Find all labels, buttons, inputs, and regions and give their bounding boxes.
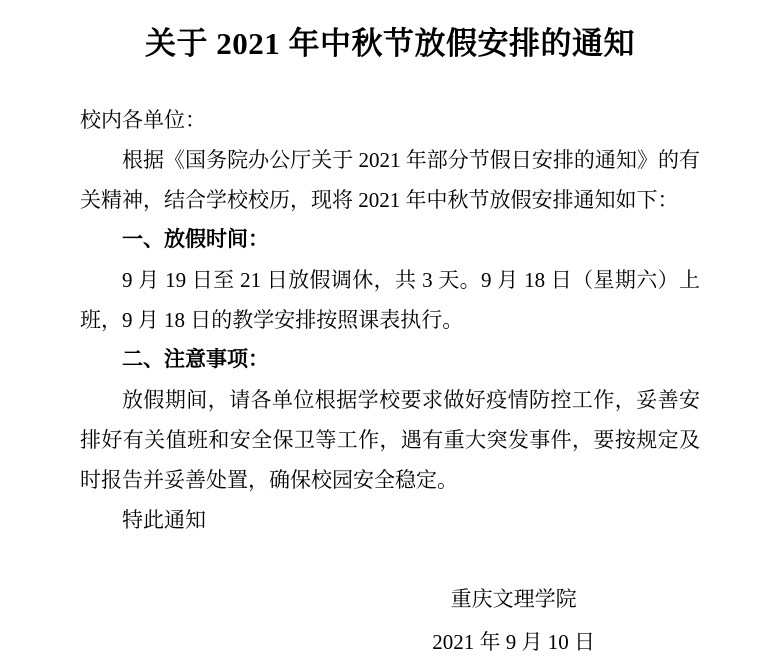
section-heading-holiday-time: 一、放假时间： <box>80 220 700 260</box>
body-paragraph: 放假期间，请各单位根据学校要求做好疫情防控工作，妥善安排好有关值班和安全保卫等工… <box>80 380 700 500</box>
salutation: 校内各单位： <box>80 100 700 140</box>
document-title: 关于 2021 年中秋节放假安排的通知 <box>80 22 700 66</box>
closing-phrase: 特此通知 <box>80 500 700 540</box>
signature-date: 2021 年 9 月 10 日 <box>432 621 595 664</box>
body-paragraph: 9 月 19 日至 21 日放假调休，共 3 天。9 月 18 日（星期六）上班… <box>80 260 700 340</box>
signature-block: 重庆文理学院 2021 年 9 月 10 日 <box>432 578 595 664</box>
body-paragraph: 根据《国务院办公厅关于 2021 年部分节假日安排的通知》的有关精神，结合学校校… <box>80 140 700 220</box>
notice-document: 关于 2021 年中秋节放假安排的通知 校内各单位： 根据《国务院办公厅关于 2… <box>0 0 764 666</box>
signature-organization: 重庆文理学院 <box>432 578 595 621</box>
section-heading-notes: 二、注意事项： <box>80 340 700 380</box>
